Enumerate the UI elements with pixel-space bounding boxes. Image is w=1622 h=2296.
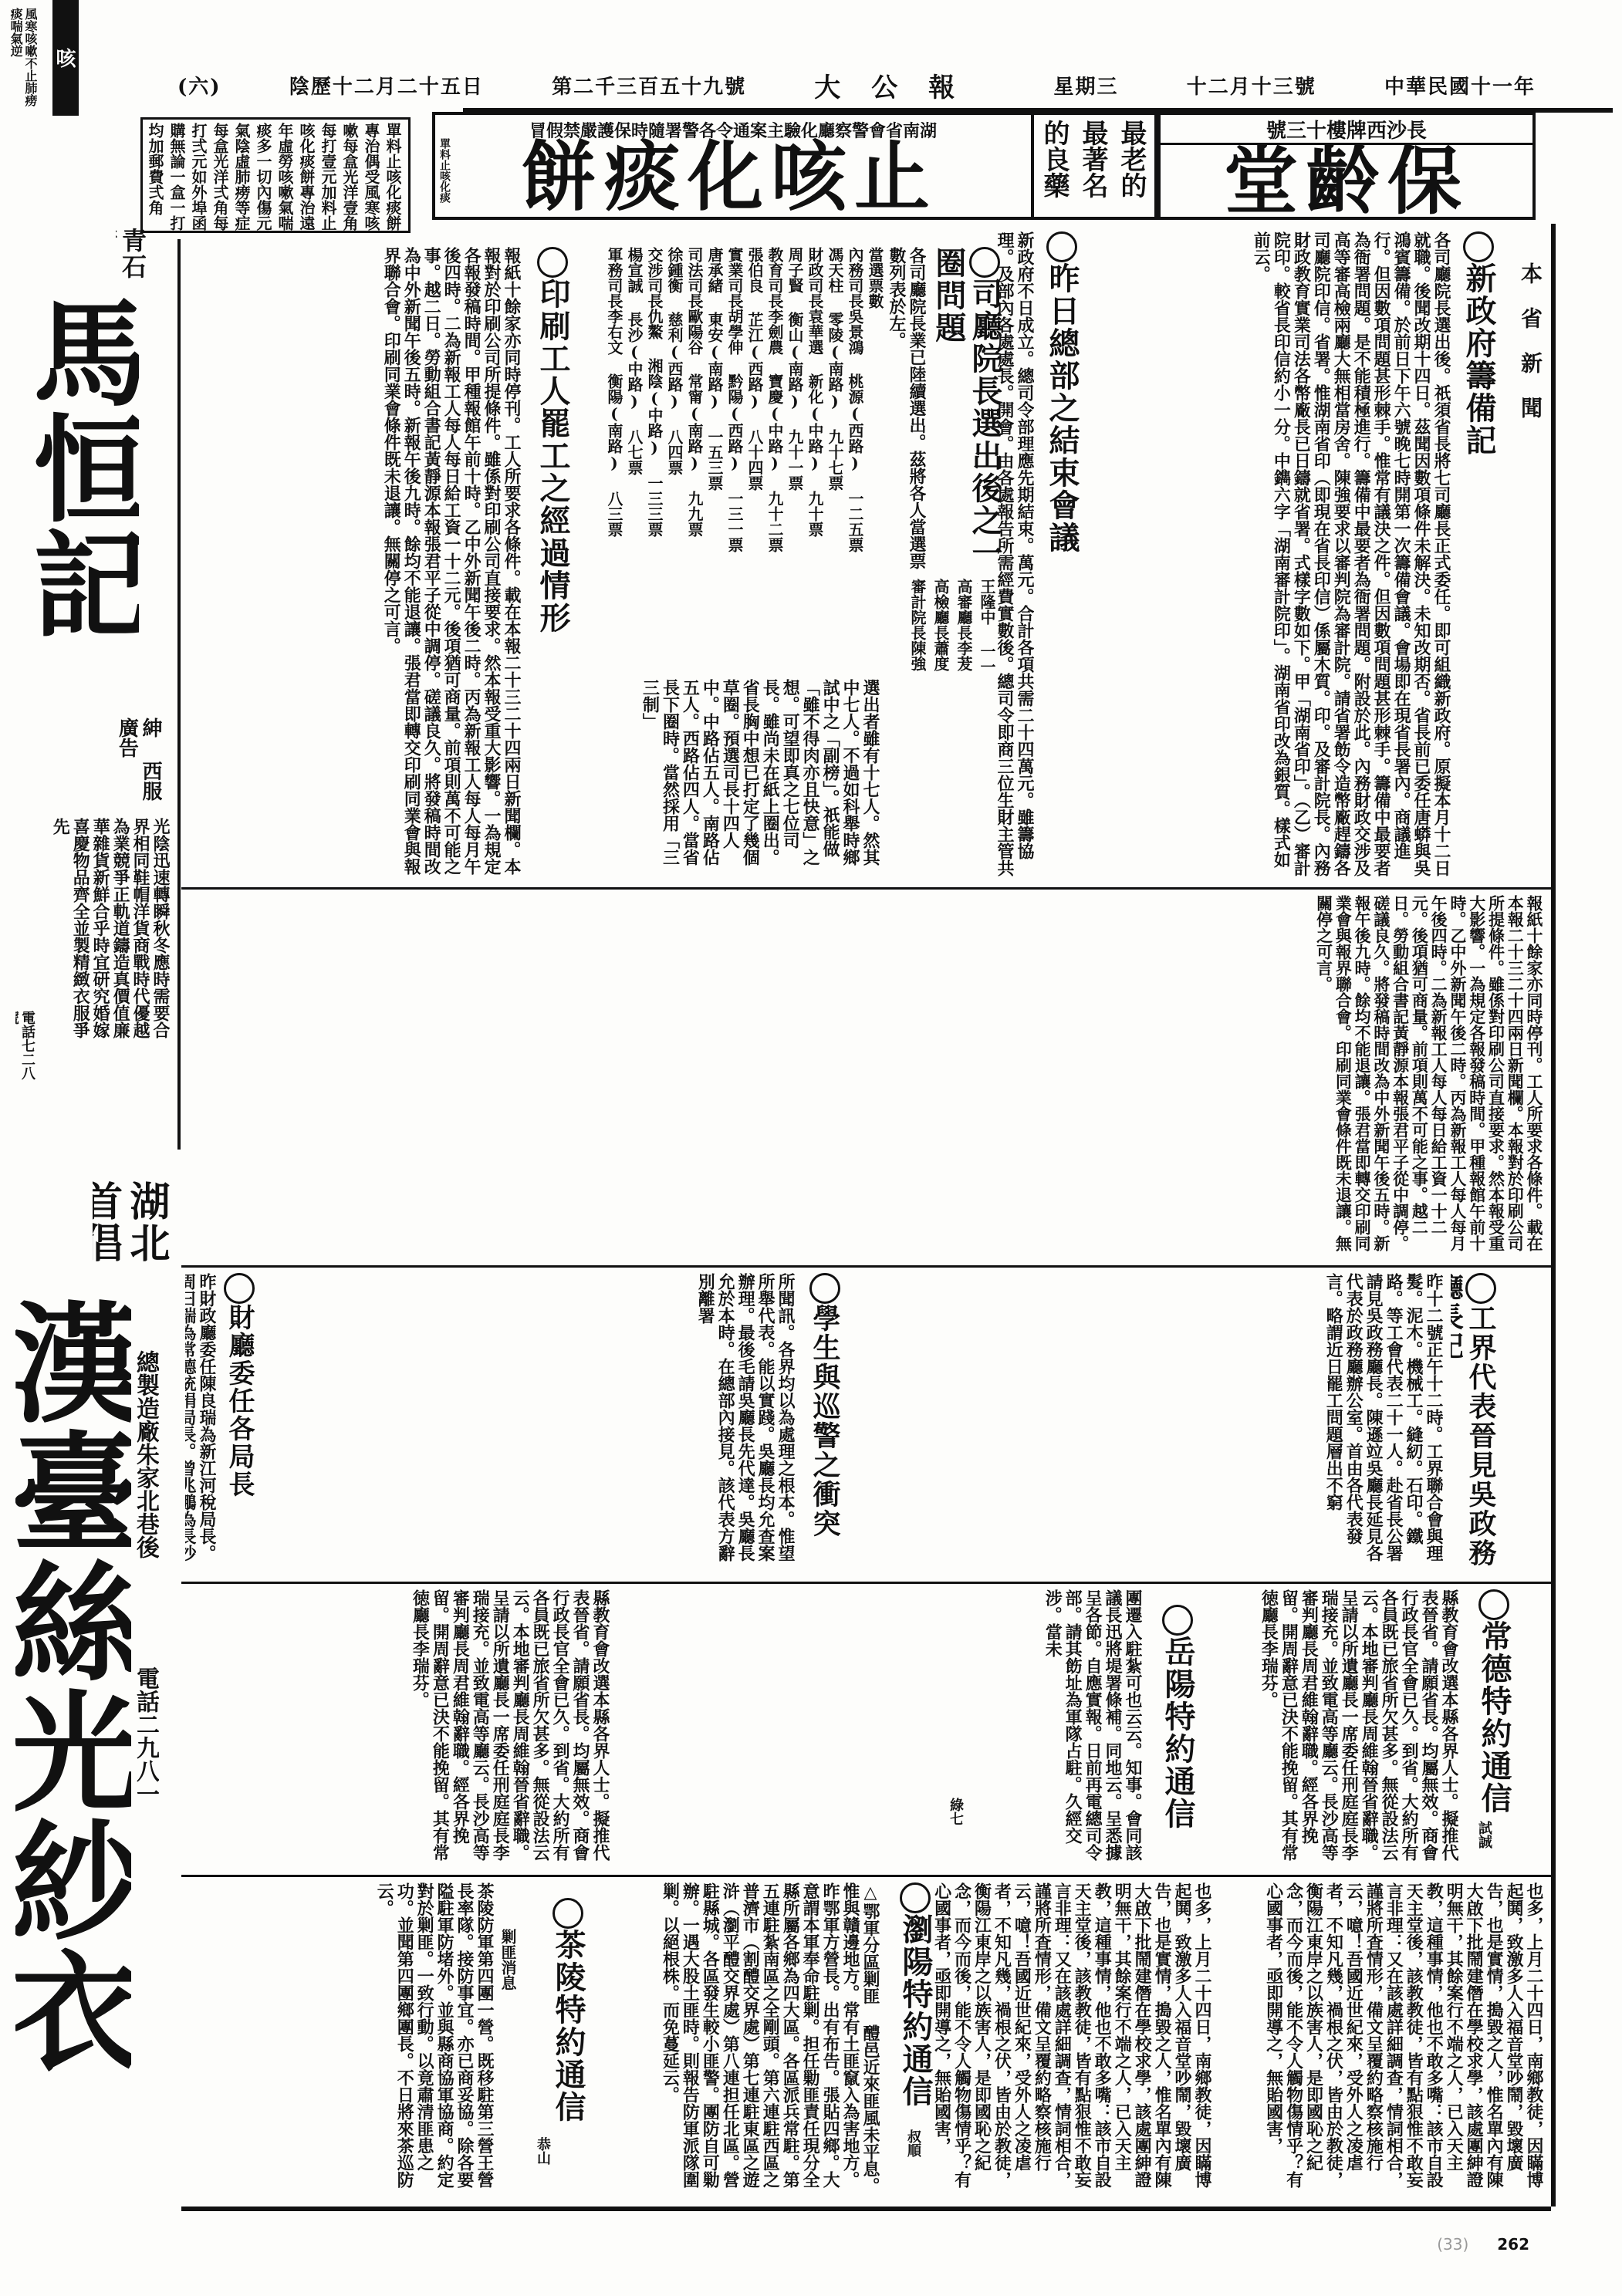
article-body-liuyang: 也多，上月二十四日，南鄉教徒，因瞞博起鬨，致激多人入福音堂吵鬧，毀壞廣告，也是實… (934, 1882, 1211, 2199)
table-row: 教育司長李劍農 寶慶(中路) 九十二票 (766, 247, 783, 571)
silk-lead: 湖北 首倡 (93, 1180, 170, 1296)
table-row: 內務司長吳景鴻 桃源(西路) 一二五票 (846, 247, 863, 571)
table-row: 交涉司長仇鰲 湘陰(中路) 一三三票 (646, 247, 663, 571)
cough-cake-description: 單料止咳化痰餅專治偶受風寒咳嗽每盒光洋壹角每打壹元加料止咳化痰餅專治遠年虛勞咳嗽… (144, 123, 404, 231)
table-row: 司法司長歐陽谷 常甯(南路) 九九票 (686, 247, 703, 571)
headline-text: 茶陵特約通信 (550, 1929, 586, 2123)
silk-phone: 電話二九八一 (131, 1666, 159, 1852)
election-intro: 各司廳院長業已陸續選出。茲將各人當選票數列表於左。 (887, 247, 926, 571)
headline-director-elections: 司廳院長選出後之一圈問題 (926, 247, 1003, 586)
circle-bullet-icon (969, 247, 1000, 278)
headline-text: 工界代表晉見吳政務廳長記 (1451, 1273, 1497, 1568)
table-row: 高檢廳長蕭度 (931, 579, 949, 679)
circle-bullet-icon (224, 1273, 255, 1304)
headline-printers-strike: 印刷工人罷工之經過情形 (525, 247, 571, 648)
masthead: 中華民國十一年 十二月十三號 星期三 大公報 第二千三百五十九號 陰歷十二月二十… (177, 69, 1536, 100)
baolingtang-ad: 長沙西牌樓十三號 保齡堂 (1157, 112, 1536, 220)
headline-text: 常德特約通信 (1476, 1620, 1512, 1815)
headline-yueyang: 岳陽特約通信 (1150, 1605, 1196, 1859)
row2-continuation: 報紙十餘家亦同時停刊。工人所要求各條件。載在本報二十三二十四兩日新聞欄。本報對於… (185, 895, 1543, 1258)
headline-text: 學生與巡警之衝突 (809, 1304, 841, 1538)
mahengji-text: 光陰迅速轉瞬秋冬應時需要合界相同鞋帽洋貨商戰時代優越為業競爭正軌道鑄造真價值廉華… (31, 818, 170, 1049)
table-row: 馮天柱 零陵(南路) 九十七票 (826, 247, 843, 571)
page-number: 262 (1497, 2235, 1529, 2254)
row4-left-continuation: 縣教育會改選本縣各界人士。擬推代表晉省。請願省長。均屬無效。商會行政長官全會已久… (185, 1589, 610, 1867)
row2-divider (181, 1265, 1551, 1268)
paper-name: 大公報 (814, 66, 985, 104)
election-analysis: 選出者雖有十七人。然其中七人。不過如科舉時鄉試中之「副榜」。祇能做「雖不得肉亦且… (571, 679, 880, 880)
cough-label: 咳 (56, 0, 79, 116)
row4-divider (181, 1875, 1551, 1877)
cough-cake-side-label: 單料止咳化痰 (435, 138, 451, 219)
headline-workers-meet-wu: 工界代表晉見吳政務廳長記 (1451, 1273, 1497, 1582)
article-body-liling: △鄂軍分區剿匪 醴邑近來匪風未平息。惟與贛邊地方。常有土匪竄入為害地方。昨鄂軍方… (610, 1882, 880, 2199)
republic-year: 中華民國十一年 (1384, 71, 1536, 100)
headline-text: 昨日總部之結束會議 (1044, 262, 1080, 554)
circle-bullet-icon (809, 1273, 840, 1304)
election-table: 當選票數 內務司長吳景鴻 桃源(西路) 一二五票 馮天柱 零陵(南路) 九十七票… (586, 247, 884, 571)
slogan-col-2: 最著名 (1077, 120, 1108, 218)
mahengji-name: 馬恒記 (31, 293, 139, 694)
headline-changde: 常德特約通信 (1466, 1589, 1512, 1821)
table-row: 唐承緒 東安(南路) 一五三票 (706, 247, 723, 571)
byline-changde: 試誠 (1474, 1821, 1492, 1867)
headline-text: 印刷工人罷工之經過情形 (535, 278, 571, 634)
circle-bullet-icon (900, 1882, 931, 1913)
table-row: 徐鍾衡 慈利(西路) 八四票 (666, 247, 683, 571)
headline-text: 瀏陽特約通信 (897, 1913, 934, 2108)
article-body-printers-strike: 報紙十餘家亦同時停刊。工人所要求各條件。載在本報二十三二十四兩日新聞欄。本報對於… (185, 247, 521, 887)
circle-bullet-icon (1162, 1605, 1193, 1636)
table-row: 王隆中 一一七票 (977, 579, 995, 679)
circle-bullet-icon (1046, 231, 1077, 262)
article-body-chaling: 茶陵防軍第四團一營。既移駐第三營王營長率隊。接防事宜。亦已商妥協。除各要隘駐軍防… (185, 1882, 494, 2199)
cough-cake-ad: 湖南省會警察廳化驗主案通令各警署隨時保護嚴禁假冒 止咳化痰餅 單料止咳化痰 (432, 112, 1034, 220)
circle-bullet-icon (1463, 231, 1494, 262)
corner-ad-text: 風寒咳嗽不止肺痨痰喘氣逆 (0, 8, 37, 108)
lunar-date: 陰歷十二月二十五日 (289, 71, 484, 100)
weekday: 星期三 (1054, 71, 1119, 100)
headline-chaling: 茶陵特約通信 (540, 1898, 586, 2152)
issue-number: 第二千三百五十九號 (552, 71, 746, 100)
archive-mark: (33) (1437, 2235, 1468, 2254)
headline-text: 岳陽特約通信 (1160, 1636, 1196, 1830)
bottom-rule (181, 2207, 1551, 2211)
byline-chaling: 恭山 (532, 2137, 551, 2183)
corner-ad: 風寒咳嗽不止肺痨痰喘氣逆 (0, 0, 56, 116)
circle-bullet-icon (552, 1898, 583, 1929)
article-body-changde: 縣教育會改選本縣各界人士。擬推代表晉省。請願省長。均屬無效。商會行政長官全會已久… (1204, 1589, 1458, 1867)
mahengji-phone: 電話七二八號 (15, 1011, 35, 1088)
table-row: 審計院長陳強 (907, 579, 926, 679)
article-body-student-police: 所聞訊。各界均以為處理之根本。惟望所舉代表。能以實踐。吳廳長均允查案辦理。最後毛… (255, 1273, 795, 1574)
election-table-continued: 王隆中 一一七票 高審廳長李茇 高檢廳長蕭度 審計院長陳強 (764, 579, 995, 679)
circle-bullet-icon (537, 247, 568, 278)
table-header: 當選票數 (867, 247, 884, 571)
baolingtang-name: 保齡堂 (1168, 143, 1525, 220)
left-column-rule (177, 239, 181, 1150)
circle-bullet-icon (1478, 1589, 1509, 1620)
section-header: 本省新聞 (1512, 262, 1543, 509)
table-row: 楊宣誠 長沙(中路) 八七票 (626, 247, 643, 571)
row3-divider (181, 1582, 1551, 1584)
subhead-chaling: 剿匪消息 (498, 1929, 516, 2044)
headline-student-police: 學生與巡警之衝突 (803, 1273, 841, 1582)
headline-text: 財廳委任各局長 (224, 1304, 255, 1498)
right-border-rule (1551, 224, 1556, 2207)
table-row: 財政司長袁華選 新化(中路) 九十票 (806, 247, 823, 571)
circle-bullet-icon (1465, 1273, 1496, 1304)
baolingtang-slogan: 最老的 最著名 的良藥 (1034, 112, 1157, 220)
headline-new-government: 新政府籌備記 (1451, 231, 1497, 555)
date: 十二月十三號 (1187, 71, 1316, 100)
table-row: 張伯良 芷江(西路) 八十四票 (746, 247, 763, 571)
article-body-workers-meet-wu: 昨十二號正午十二時。工界聯合會與理髮。泥木。機械工。縫紉。石印。鐵路。等工會代表… (849, 1273, 1443, 1574)
cough-cake-description-box: 單料止咳化痰餅專治偶受風寒咳嗽每盒光洋壹角每打壹元加料止咳化痰餅專治遠年虛勞咳嗽… (140, 117, 411, 233)
table-row: 實業司長胡學伸 黔陽(西路) 一三一票 (726, 247, 743, 571)
article-body-new-government: 各司廳院長選出後。祇須省長將七司廳長正式委任。即可組織新政府。原擬本月十二日就職… (1088, 231, 1451, 880)
row1-divider (181, 887, 1551, 890)
mahengji-subtitle: 紳 西服 廣告 (85, 717, 162, 818)
table-row: 高審廳長李茇 (954, 579, 972, 679)
headline-finance-appointments: 財廳委任各局長 (216, 1273, 255, 1504)
row5-right-text: 也多，上月二十四日，南鄉教徒，因瞞博起鬨，致激多人入福音堂吵鬧，毀壞廣告，也是實… (1219, 1882, 1543, 2199)
headline-text: 新政府籌備記 (1461, 262, 1497, 457)
article-body-yueyang: 團遷入駐紮可也云云。知事。會同該議長迅將堤署條補。同地云。呈悉據呈各節。自應實報… (617, 1589, 1142, 1867)
silk-big-text: 漢臺絲光紗衣 (15, 1296, 131, 2222)
headline-text: 司廳院長選出後之一圈問題 (931, 247, 1003, 569)
slogan-col-3: 的良藥 (1039, 120, 1070, 218)
slogan-col-1: 最老的 (1116, 120, 1147, 218)
table-row: 周子賢 衡山(南路) 九十一票 (786, 247, 803, 571)
headline-yesterday-hq: 昨日總部之結束會議 (1034, 231, 1080, 694)
cough-cake-product: 止咳化痰餅 (451, 137, 1008, 218)
article-body-finance-appointments: 昨財政廳委任陳良瑞為新江河稅局長。周曰瑞為常德統捐局長。曾兆鵬為長沙鹽稅局長。 (185, 1273, 216, 1574)
page-marker: (六) (177, 71, 221, 100)
byline-liuyang: 叔順 (903, 2129, 921, 2191)
newspaper-page: 中華民國十一年 十二月十三號 星期三 大公報 第二千三百五十九號 陰歷十二月二十… (0, 0, 1622, 2296)
page-footer: (33) 262 (1437, 2235, 1529, 2254)
silk-factory: 總製造廠朱家北巷後 (131, 1350, 159, 1659)
table-row: 軍務司長李右文 衡陽(南路) 八三票 (606, 247, 623, 571)
